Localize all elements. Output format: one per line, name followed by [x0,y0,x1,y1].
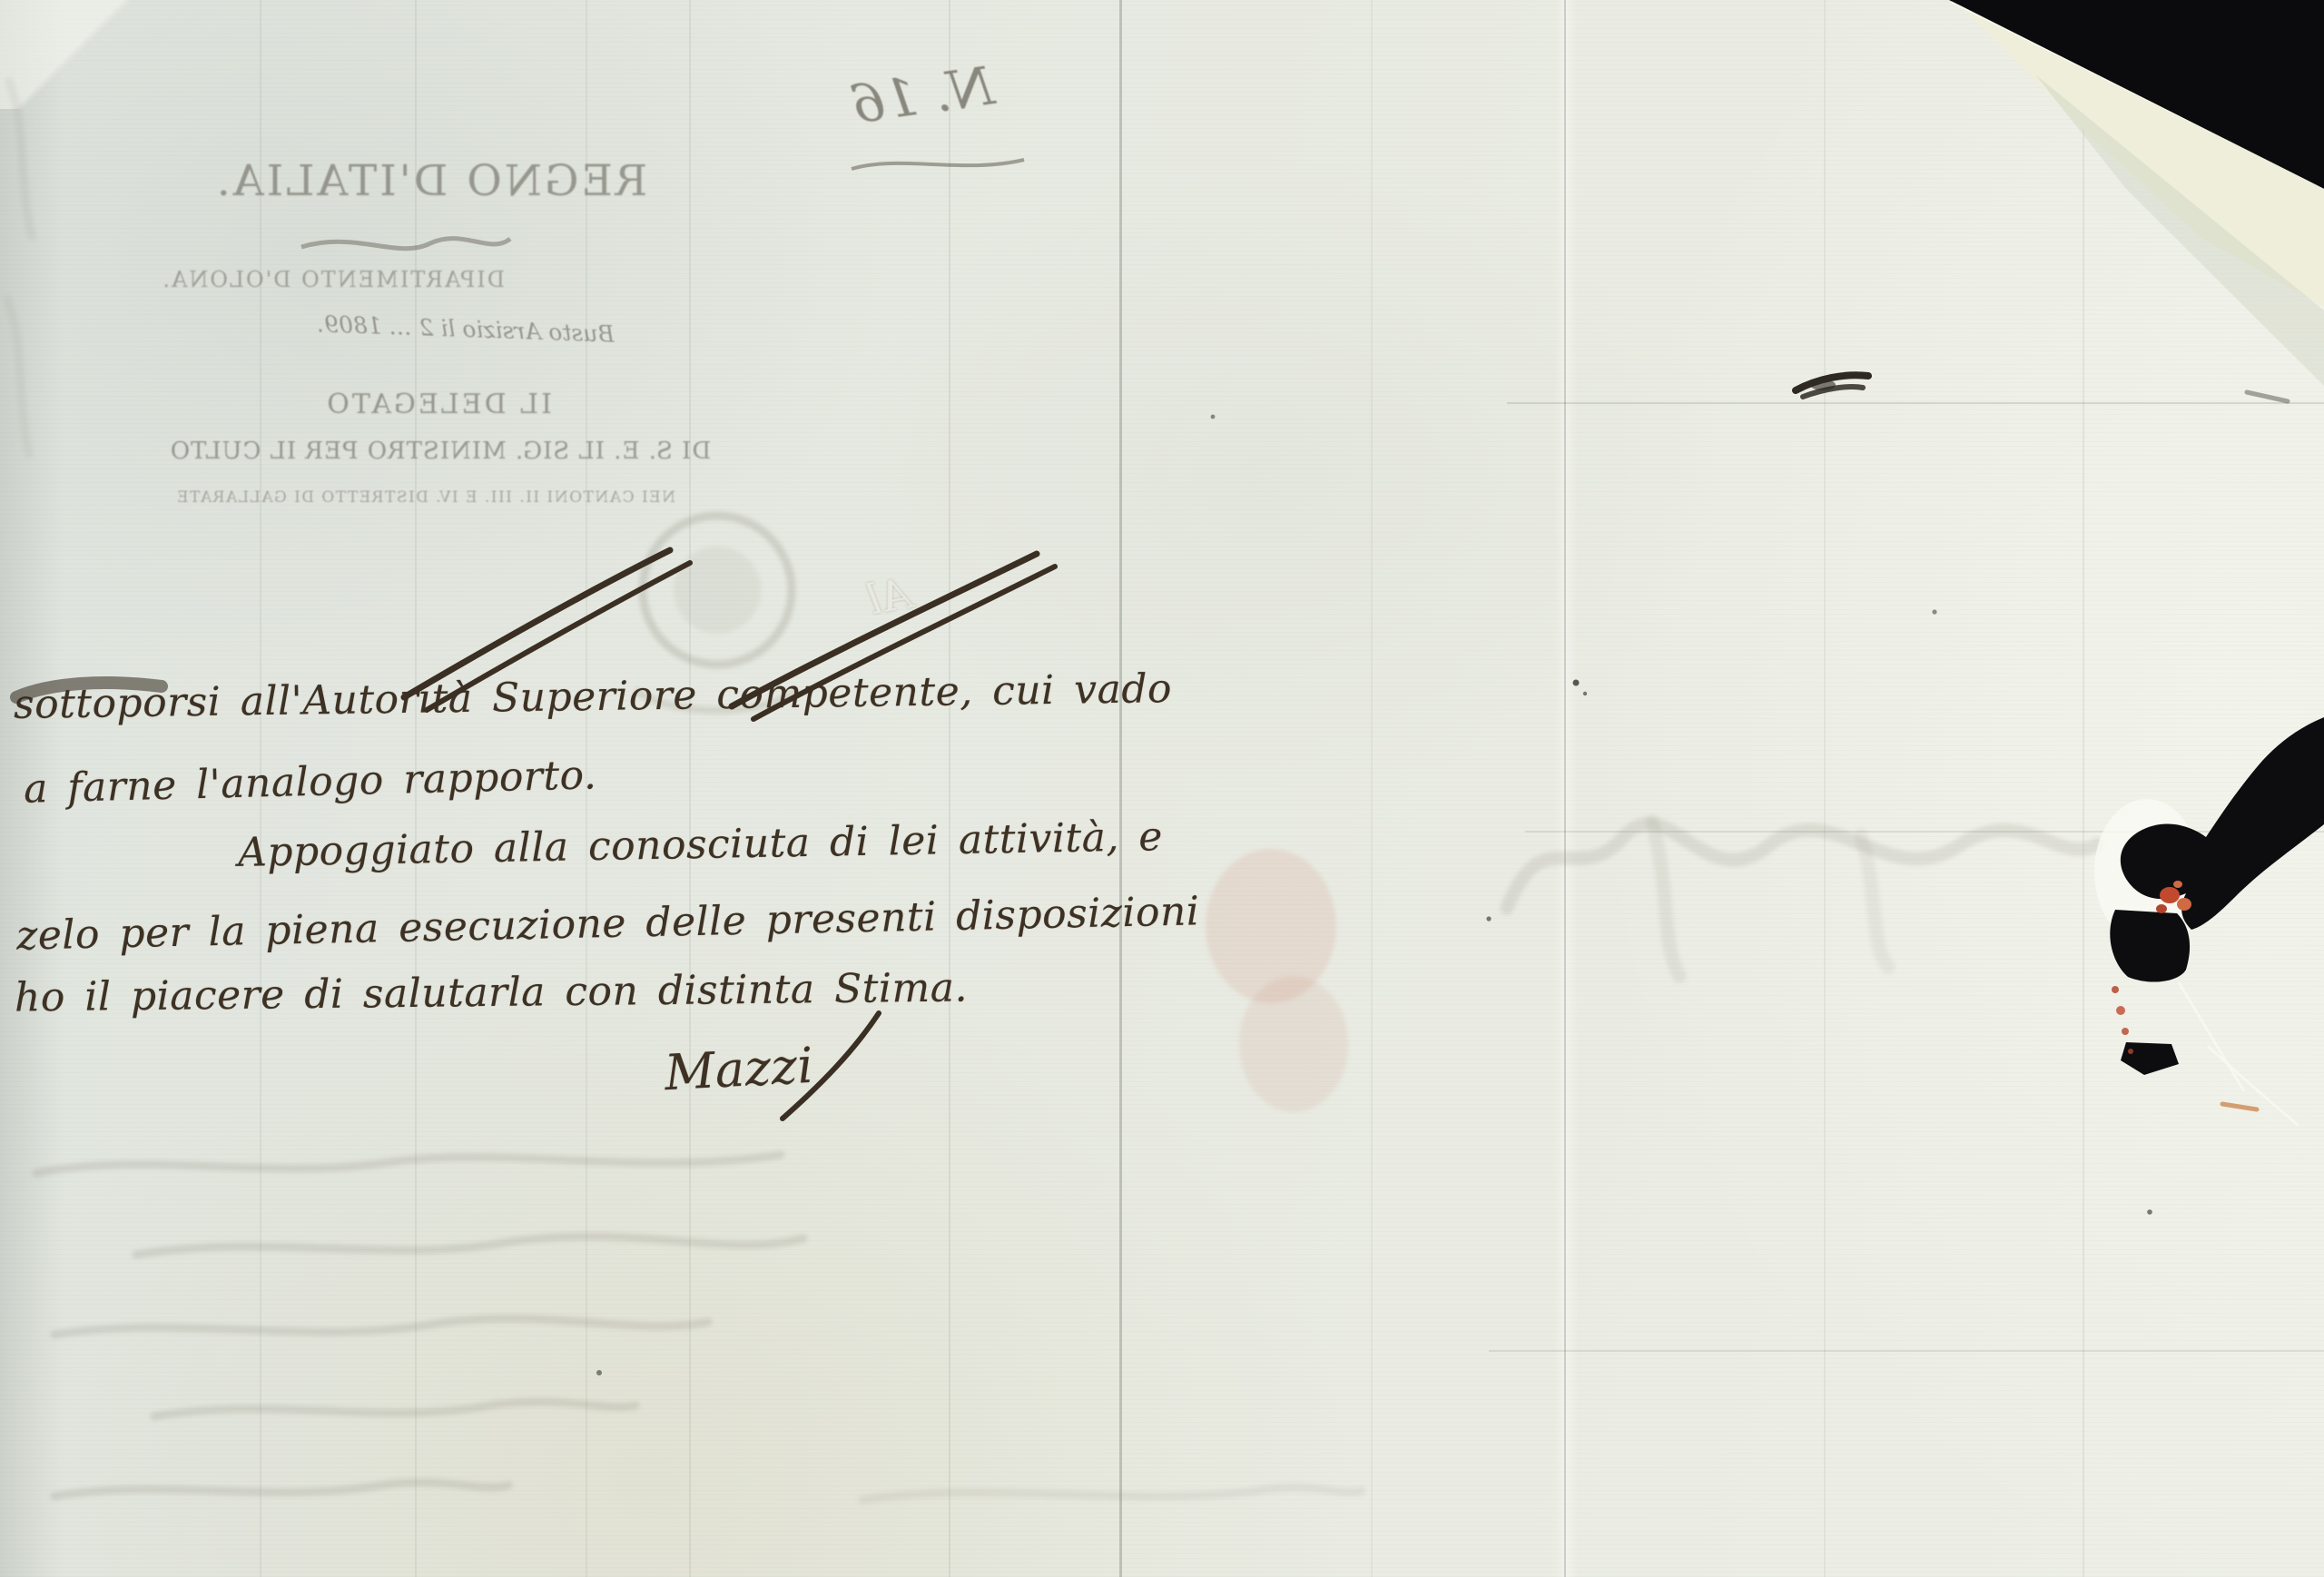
photo-backdrop: N. 16 REGNO D'ITALIA. DIPARTIMENTO D'OLO… [0,0,2324,1577]
seal-tear-hole [2110,717,2324,982]
torn-edge-underlayer [1954,0,2324,307]
damage-layer [0,0,2324,1577]
letter-paper: N. 16 REGNO D'ITALIA. DIPARTIMENTO D'OLO… [0,0,2324,1577]
tear-crack-lines [2179,982,2299,1126]
seal-tear-hole-small [2121,1042,2179,1075]
